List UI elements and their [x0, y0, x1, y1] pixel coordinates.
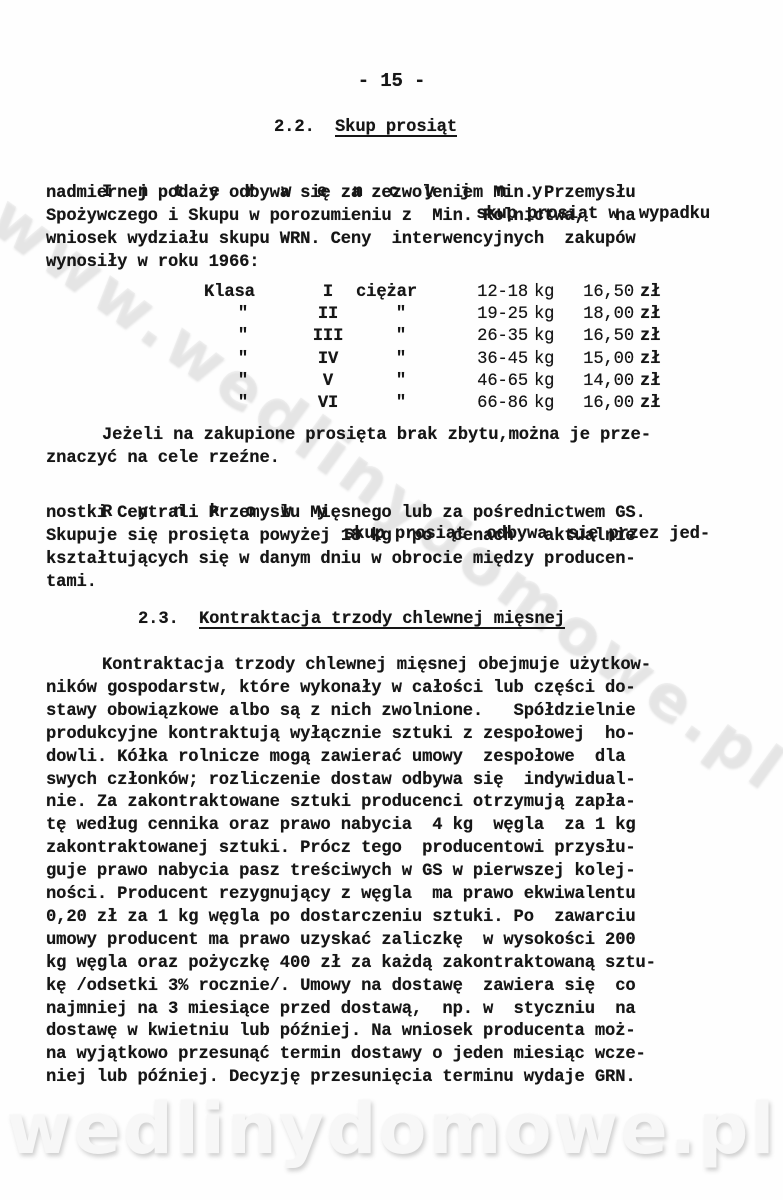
bottom-watermark: wedlinydomowe.pl — [0, 1088, 783, 1170]
class-label-cell: Klasa — [204, 282, 300, 304]
weight-label-cell: " — [356, 304, 458, 326]
weight-unit-cell: kg — [528, 304, 574, 326]
paragraph-line: R y n k o w y skup prosiąt odbywa się pr… — [46, 480, 710, 502]
paragraph-line: kę /odsetki 3% rocznie/. Umowy na dostaw… — [46, 976, 710, 998]
paragraph-line: nie. Za zakontraktowane sztuki producenc… — [46, 792, 710, 814]
price-cell: 14,00 — [574, 371, 634, 393]
page-number: - 15 - — [0, 70, 783, 92]
class-number-cell: III — [300, 326, 356, 348]
currency-cell: zł — [634, 371, 676, 393]
currency-cell: zł — [634, 349, 676, 371]
class-label-cell: " — [204, 304, 300, 326]
weight-unit-cell: kg — [528, 371, 574, 393]
price-cell: 15,00 — [574, 349, 634, 371]
class-number-cell: V — [300, 371, 356, 393]
paragraph-line: na wyjątkowo przesunąć termin dostawy o … — [46, 1044, 710, 1066]
price-table: KlasaIciężar12-18kg16,50zł"II"19-25kg18,… — [204, 282, 676, 415]
price-table-row: "III"26-35kg16,50zł — [204, 326, 676, 348]
class-label-cell: " — [204, 393, 300, 415]
weight-label-cell: " — [356, 393, 458, 415]
paragraph-line: dowli. Kółka rolnicze mogą zawierać umow… — [46, 747, 710, 769]
section-number: 2.2. — [274, 118, 315, 137]
paragraph-line: 0,20 zł za 1 kg węgla po dostarczeniu sz… — [46, 907, 710, 929]
weight-label-cell: " — [356, 326, 458, 348]
paragraph-line: kg węgla oraz pożyczkę 400 zł za każdą z… — [46, 953, 710, 975]
price-table-row: "V"46-65kg14,00zł — [204, 371, 676, 393]
weight-range-cell: 36-45 — [458, 349, 528, 371]
document-page: www.wedlinydomowe.pl - 15 - 2.2. Skup pr… — [0, 0, 783, 1200]
section-heading-2-2: 2.2. Skup prosiąt — [274, 118, 457, 137]
section-heading-2-3: 2.3. Kontraktacja trzody chlewnej mięsne… — [138, 610, 565, 629]
paragraph-line: ności. Producent rezygnujący z węgla ma … — [46, 884, 710, 906]
currency-cell: zł — [634, 326, 676, 348]
class-number-cell: II — [300, 304, 356, 326]
paragraph-line: stawy obowiązkowe albo są z nich zwolnio… — [46, 701, 710, 723]
paragraph-line: swych członków; rozliczenie dostaw odbyw… — [46, 770, 710, 792]
paragraph-line: nostki Centrali Przemysłu Mięsnego lub z… — [46, 503, 710, 525]
price-table-row: "II"19-25kg18,00zł — [204, 304, 676, 326]
paragraph-line: tę według cennika oraz prawo nabycia 4 k… — [46, 815, 710, 837]
price-cell: 16,50 — [574, 282, 634, 304]
class-label-cell: " — [204, 349, 300, 371]
price-table-row: "VI"66-86kg16,00zł — [204, 393, 676, 415]
paragraph-line: I n t e r w e n c y j n y skup prosiąt w… — [46, 160, 710, 182]
paragraph-line: zakontraktowanej sztuki. Prócz tego prod… — [46, 838, 710, 860]
weight-range-cell: 12-18 — [458, 282, 528, 304]
weight-range-cell: 46-65 — [458, 371, 528, 393]
paragraph-line: Jeżeli na zakupione prosięta brak zbytu,… — [46, 425, 710, 447]
price-table-row: KlasaIciężar12-18kg16,50zł — [204, 282, 676, 304]
paragraph-line: wniosek wydziału skupu WRN. Ceny interwe… — [46, 229, 710, 251]
section-title: Skup prosiąt — [335, 118, 457, 137]
weight-unit-cell: kg — [528, 393, 574, 415]
class-number-cell: I — [300, 282, 356, 304]
paragraph-line: Spożywczego i Skupu w porozumieniu z Min… — [46, 206, 710, 228]
paragraph-line: najmniej na 3 miesiące przed dostawą, np… — [46, 999, 710, 1021]
paragraph-line: tami. — [46, 572, 710, 594]
currency-cell: zł — [634, 282, 676, 304]
paragraph-line: umowy producent ma prawo uzyskać zaliczk… — [46, 930, 710, 952]
section-number: 2.3. — [138, 610, 179, 629]
paragraph-line: znaczyć na cele rzeźne. — [46, 448, 710, 470]
paragraph-line: niej lub później. Decyzję przesunięcia t… — [46, 1067, 710, 1089]
price-cell: 18,00 — [574, 304, 634, 326]
class-label-cell: " — [204, 326, 300, 348]
weight-range-cell: 19-25 — [458, 304, 528, 326]
paragraph-line: wynosiły w roku 1966: — [46, 252, 710, 274]
paragraph-line: Kontraktacja trzody chlewnej mięsnej obe… — [46, 655, 710, 677]
weight-range-cell: 66-86 — [458, 393, 528, 415]
paragraph-line: kształtujących się w danym dniu w obroci… — [46, 549, 710, 571]
paragraph-line: ników gospodarstw, które wykonały w cało… — [46, 678, 710, 700]
weight-unit-cell: kg — [528, 349, 574, 371]
section-title: Kontraktacja trzody chlewnej mięsnej — [199, 610, 565, 629]
class-label-cell: " — [204, 371, 300, 393]
weight-label-cell: ciężar — [356, 282, 458, 304]
weight-range-cell: 26-35 — [458, 326, 528, 348]
weight-label-cell: " — [356, 349, 458, 371]
currency-cell: zł — [634, 304, 676, 326]
price-table-row: "IV"36-45kg15,00zł — [204, 349, 676, 371]
paragraph-line: guje prawo nabycia pasz treściwych w GS … — [46, 861, 710, 883]
class-number-cell: IV — [300, 349, 356, 371]
weight-unit-cell: kg — [528, 326, 574, 348]
weight-unit-cell: kg — [528, 282, 574, 304]
currency-cell: zł — [634, 393, 676, 415]
class-number-cell: VI — [300, 393, 356, 415]
price-cell: 16,00 — [574, 393, 634, 415]
paragraph-line: nadmiernej podaży odbywa się za zezwolen… — [46, 183, 710, 205]
price-cell: 16,50 — [574, 326, 634, 348]
paragraph-line: Skupuje się prosięta powyżej 18 kg po ce… — [46, 526, 710, 548]
weight-label-cell: " — [356, 371, 458, 393]
paragraph-line: produkcyjne kontraktują wyłącznie sztuki… — [46, 724, 710, 746]
paragraph-line: dostawę w kwietniu lub później. Na wnios… — [46, 1021, 710, 1043]
